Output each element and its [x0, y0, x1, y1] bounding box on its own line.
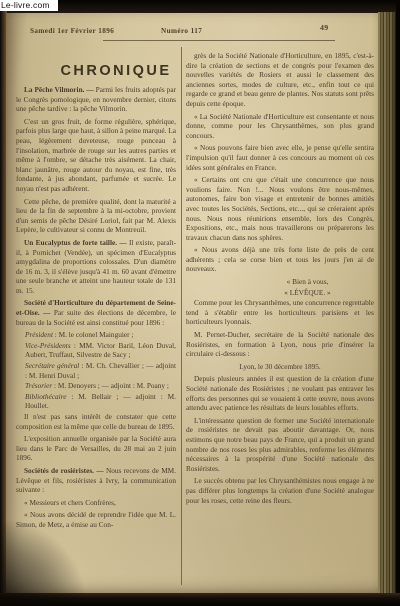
paragraph-eucalyptus: Un Eucalyptus de forte taille. — Il exis… [16, 238, 176, 296]
paragraph: Il n'est pas sans intérêt de constater q… [16, 412, 176, 431]
bureau-line-bibliothecaire: Bibliothécaire : M. Bellair ; — adjoint … [25, 392, 176, 411]
paragraph-peche-vilmorin: La Pêche Vilmorin. — Parmi les fruits ad… [16, 85, 176, 114]
circular-dateline: Lyon, le 30 décembre 1895. [186, 362, 374, 372]
scan-background-top [0, 0, 400, 14]
masthead-date: Samedi 1er Février 1896 [30, 27, 114, 35]
letter-signature: « LÉVÊQUE. » [186, 288, 374, 298]
site-watermark: Le-livre.com [0, 0, 58, 11]
left-column: La Pêche Vilmorin. — Parmi les fruits ad… [16, 85, 176, 533]
page-corner-shadow [0, 520, 90, 606]
paragraph: « La Société Nationale d'Horticulture es… [186, 112, 374, 141]
letter-closing: « Bien à vous, [186, 277, 374, 287]
paragraph: grès de la Société Nationale d'Horticult… [186, 51, 374, 109]
paragraph-societes-rosieristes: Sociétés de rosiéristes. — Nous recevons… [16, 466, 176, 495]
paragraph: M. Pernet-Ducher, secrétaire de la Socié… [186, 330, 374, 359]
masthead-issue-number: Numéro 117 [161, 27, 202, 35]
letter-salutation: « Messieurs et chers Confrères, [16, 498, 176, 508]
paragraph-lead: Sociétés de rosiéristes. — [24, 466, 106, 475]
paragraph: Le succès obtenu par les Chrysanthémiste… [186, 476, 374, 505]
bureau-line-president: Président : M. le colonel Mainguier ; [25, 330, 176, 340]
book-page-edges [378, 12, 397, 596]
paragraph: « Certains ont cru que c'était une concu… [186, 175, 374, 242]
section-title: CHRONIQUE [50, 63, 182, 79]
journal-page: Samedi 1er Février 1896 Numéro 117 49 CH… [6, 13, 382, 593]
right-column: grès de la Société Nationale d'Horticult… [186, 51, 374, 508]
paragraph: « Nous avons déjà une très forte liste d… [186, 245, 374, 274]
paragraph: C'est un gros fruit, de forme régulière,… [16, 117, 176, 194]
paragraph: L'intéressante question de former une So… [186, 416, 374, 474]
paragraph-societe-horticulture: Société d'Horticulture du département de… [16, 298, 176, 327]
bureau-line-vice-presidents: Vice-Présidents : MM. Victor Baril, Léon… [25, 341, 176, 360]
bureau-line-secretaire: Secrétaire général : M. Ch. Chevallier ;… [25, 361, 176, 380]
header-rule [103, 40, 335, 41]
paragraph: Depuis plusieurs années il est question … [186, 374, 374, 412]
scan-background-right [396, 0, 400, 606]
page-number: 49 [320, 23, 329, 32]
bureau-line-tresorier: Trésorier : M. Denoyers ; — adjoint : M.… [25, 381, 176, 391]
paragraph: Cette pêche, de première qualité, dont l… [16, 197, 176, 235]
paragraph-lead: Un Eucalyptus de forte taille. — [24, 238, 129, 247]
paragraph: L'exposition annuelle organisée par la S… [16, 434, 176, 463]
scanned-book-photo: Samedi 1er Février 1896 Numéro 117 49 CH… [0, 0, 400, 606]
paragraph: Comme pour les Chrysanthèmes, une concur… [186, 298, 374, 327]
paragraph: « Nous pouvons faire bien avec elle, je … [186, 143, 374, 172]
column-divider-rule [181, 47, 182, 585]
paragraph-lead: La Pêche Vilmorin. — [24, 85, 96, 94]
